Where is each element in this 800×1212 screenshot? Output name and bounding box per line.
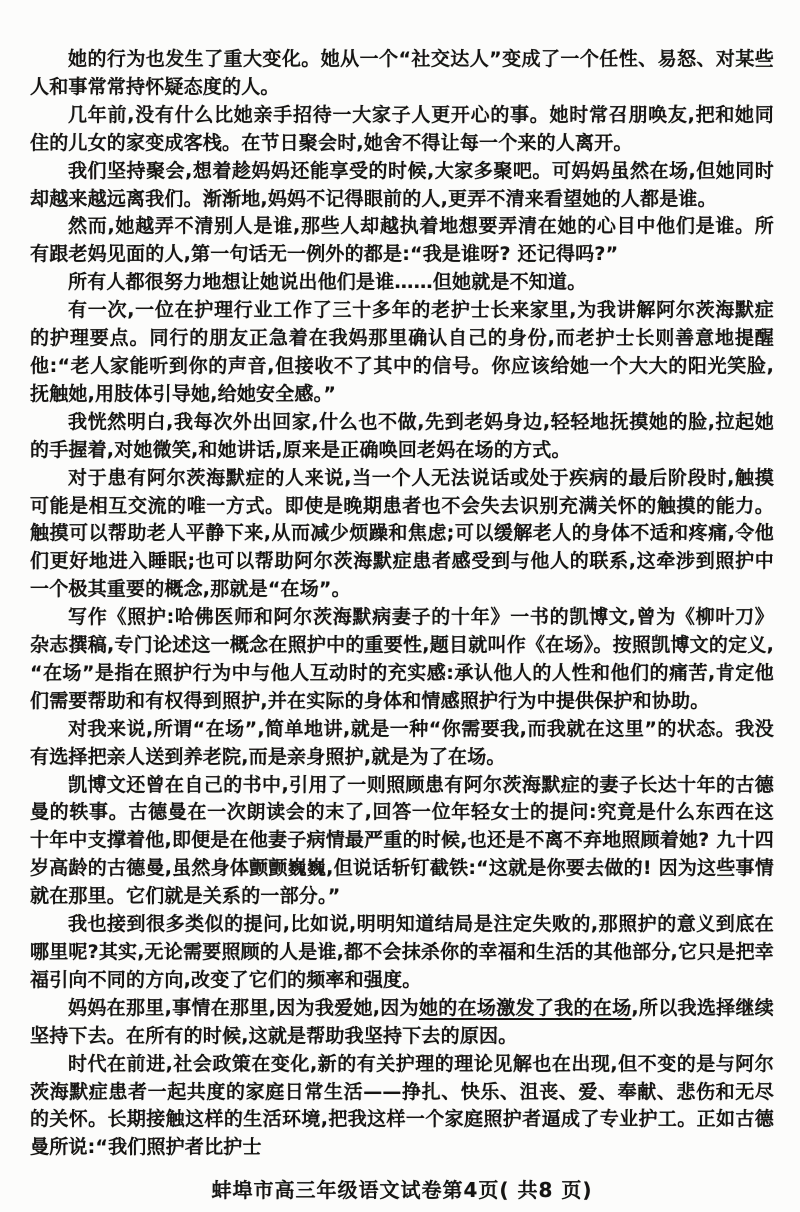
- paragraph-7: 我恍然明白,我每次外出回家,什么也不做,先到老妈身边,轻轻地抚摸她的脸,拉起她的…: [30, 409, 774, 465]
- reading-passage: 她的行为也发生了重大变化。她从一个“社交达人”变成了一个任性、易怒、对某些人和事…: [30, 46, 774, 1162]
- paragraph-3: 我们坚持聚会,想着趁妈妈还能享受的时候,大家多聚吧。可妈妈虽然在场,但她同时却越…: [30, 158, 774, 214]
- paragraph-11: 凯博文还曾在自己的书中,引用了一则照顾患有阿尔茨海默症的妻子长达十年的古德曼的轶…: [30, 772, 774, 912]
- paragraph-14: 时代在前进,社会政策在变化,新的有关护理的理论见解也在出现,但不变的是与阿尔茨海…: [30, 1051, 774, 1163]
- paragraph-9: 写作《照护:哈佛医师和阿尔茨海默病妻子的十年》一书的凯博文,曾为《柳叶刀》杂志撰…: [30, 604, 774, 716]
- page-footer: 蚌埠市高三年级语文试卷第4页( 共8 页): [30, 1174, 774, 1203]
- paragraph-13: 妈妈在那里,事情在那里,因为我爱她,因为她的在场激发了我的在场,所以我选择继续坚…: [30, 995, 774, 1051]
- paragraph-1: 她的行为也发生了重大变化。她从一个“社交达人”变成了一个任性、易怒、对某些人和事…: [30, 46, 774, 102]
- paragraph-13-pre: 妈妈在那里,事情在那里,因为我爱她,因为: [68, 997, 419, 1019]
- paragraph-10: 对我来说,所谓“在场”,简单地讲,就是一种“你需要我,而我就在这里”的状态。我没…: [30, 716, 774, 772]
- paragraph-5: 所有人都很努力地想让她说出他们是谁……但她就是不知道。: [30, 269, 774, 297]
- paragraph-8: 对于患有阿尔茨海默症的人来说,当一个人无法说话或处于疾病的最后阶段时,触摸可能是…: [30, 465, 774, 605]
- paragraph-4: 然而,她越弄不清别人是谁,那些人却越执着地想要弄清在她的心目中他们是谁。所有跟老…: [30, 213, 774, 269]
- paragraph-6: 有一次,一位在护理行业工作了三十多年的老护士长来家里,为我讲解阿尔茨海默症的护理…: [30, 297, 774, 409]
- paragraph-2: 几年前,没有什么比她亲手招待一大家子人更开心的事。她时常召朋唤友,把和她同住的儿…: [30, 102, 774, 158]
- underlined-phrase: 她的在场激发了我的在场: [419, 997, 631, 1019]
- paragraph-12: 我也接到很多类似的提问,比如说,明明知道结局是注定失败的,那照护的意义到底在哪里…: [30, 911, 774, 995]
- exam-page: 她的行为也发生了重大变化。她从一个“社交达人”变成了一个任性、易怒、对某些人和事…: [0, 0, 800, 1212]
